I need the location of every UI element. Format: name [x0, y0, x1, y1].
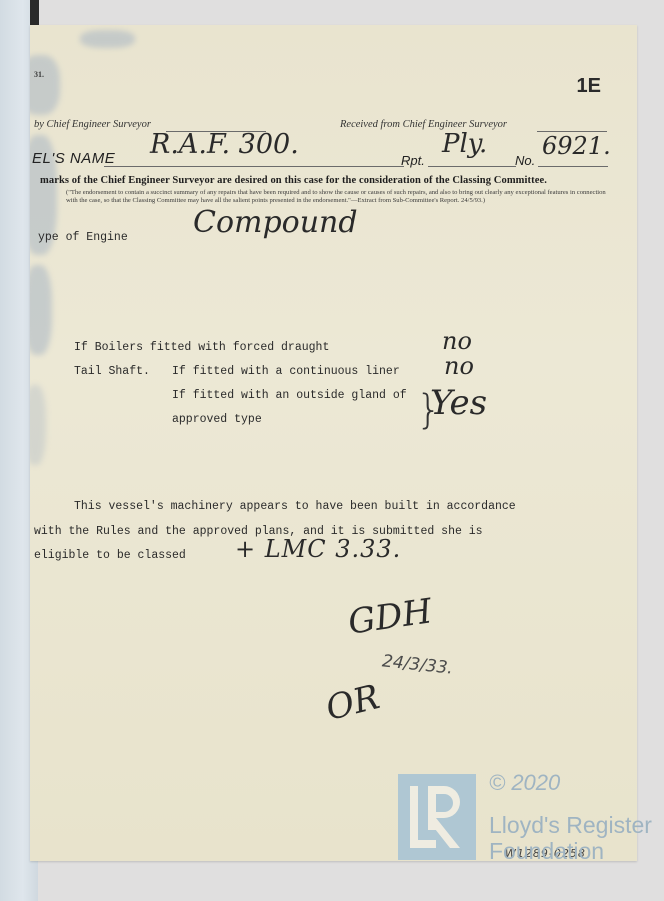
number-line: [538, 166, 608, 167]
vessel-name-line: [104, 166, 404, 167]
watermark-line-2: Foundation: [489, 838, 604, 865]
water-stain: [30, 55, 60, 115]
lr-logo-icon: [398, 774, 476, 860]
engine-type-label: ype of Engine: [38, 231, 128, 244]
continuous-liner-question: If fitted with a continuous liner: [172, 365, 400, 378]
class-notation: + LMC 3.33.: [235, 535, 401, 563]
rpt-value: Ply.: [442, 129, 487, 159]
water-stain: [80, 30, 135, 48]
signature-initials-top: GDH: [346, 591, 435, 642]
vessel-name-label: EL'S NAME: [32, 150, 115, 167]
surveyor-label-left: by Chief Engineer Surveyor: [34, 119, 151, 130]
number-label: No.: [515, 153, 535, 168]
form-code: 1E: [577, 75, 601, 98]
watermark-line-1: Lloyd's Register: [489, 812, 652, 839]
tail-shaft-label: Tail Shaft.: [74, 365, 150, 378]
number-value: 6921.: [542, 132, 611, 160]
signature-date: 24/3/33.: [381, 651, 454, 678]
continuous-liner-answer: no: [444, 352, 474, 380]
water-stain: [30, 265, 52, 355]
forced-draught-question: If Boilers fitted with forced draught: [74, 341, 329, 354]
outside-gland-question: If fitted with an outside gland of: [172, 389, 407, 402]
outside-gland-answer: Yes: [430, 383, 487, 423]
lr-logo: [398, 774, 476, 860]
vessel-name-value: R.A.F. 300.: [150, 129, 299, 160]
water-stain: [30, 385, 46, 465]
corner-reference: 31.: [34, 70, 44, 79]
rpt-line: [428, 166, 516, 167]
statement-line-1: This vessel's machinery appears to have …: [74, 500, 516, 513]
remarks-heading: marks of the Chief Engineer Surveyor are…: [40, 175, 547, 186]
endorsement-footnote: ("The endorsement to contain a succinct …: [66, 189, 606, 204]
engine-type-value: Compound: [193, 205, 358, 240]
signature-initials-bottom: OR: [322, 677, 384, 729]
watermark-copyright: © 2020: [489, 770, 560, 796]
statement-line-3: eligible to be classed: [34, 549, 186, 562]
rpt-label: Rpt.: [401, 153, 425, 168]
outside-gland-question-line2: approved type: [172, 413, 262, 426]
forced-draught-answer: no: [442, 327, 472, 355]
document-page: 31. 1E by Chief Engineer Surveyor Receiv…: [30, 25, 637, 861]
